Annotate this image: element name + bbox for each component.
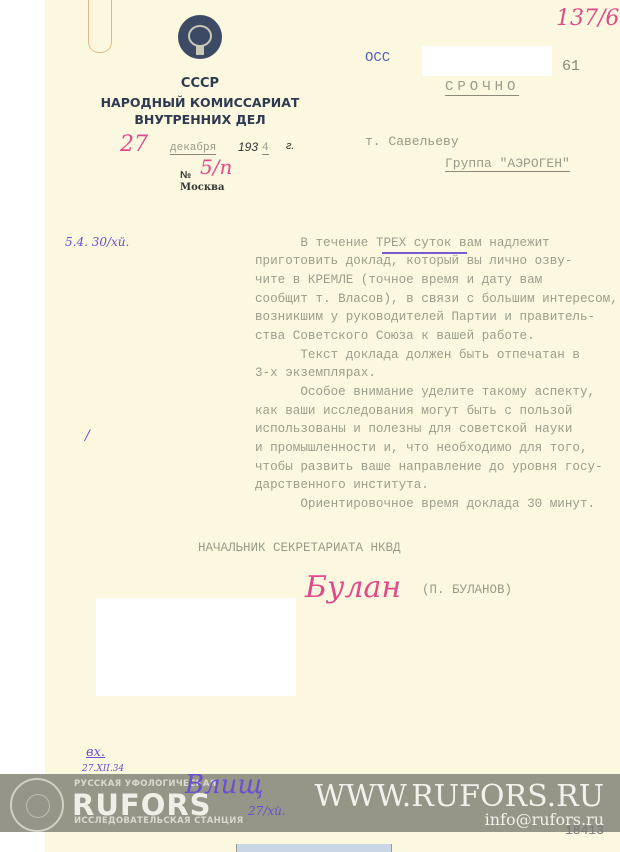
bottom-signature-date: 27/хй. bbox=[248, 804, 286, 818]
body-line: ства Советского Союза к вашей работе. bbox=[255, 329, 535, 343]
handwritten-signature: Булан bbox=[305, 570, 401, 605]
body-line: приготовить доклад, который вы лично озв… bbox=[255, 254, 572, 268]
bottom-handwritten-signature: Влищ bbox=[185, 770, 263, 800]
archive-number: 137/6 bbox=[556, 6, 619, 31]
rufors-logo-icon bbox=[10, 778, 64, 832]
body-line: сообщит т. Власов), в связи с большим ин… bbox=[255, 292, 618, 306]
body-line: В течение ТРЕХ суток вам надлежит bbox=[255, 236, 550, 250]
letterhead-country: СССР bbox=[150, 76, 250, 91]
date-month: декабря bbox=[170, 142, 216, 155]
date-day: 27 bbox=[120, 132, 148, 157]
document-number: 5/п bbox=[200, 155, 232, 179]
date-year-prefix: 193 bbox=[238, 140, 258, 154]
date-year-suffix: 4 bbox=[262, 142, 269, 155]
body-line: 3-х экземплярах. bbox=[255, 366, 376, 380]
body-line: возникшим у руководителей Партии и прави… bbox=[255, 310, 595, 324]
letterhead-ministry-line2: ВНУТРЕННИХ ДЕЛ bbox=[95, 112, 305, 127]
date-year-unit: г. bbox=[286, 140, 294, 152]
page-number: 61 bbox=[562, 58, 580, 75]
body-line: Особое внимание уделите такому аспекту, bbox=[255, 385, 595, 399]
number-label: № bbox=[180, 170, 191, 181]
redaction-box bbox=[422, 46, 552, 76]
body-line: чтобы развить ваше направление до уровня… bbox=[255, 460, 603, 474]
margin-note: 5.4. 30/хй. bbox=[65, 235, 129, 249]
incoming-note: вх. bbox=[86, 745, 105, 760]
watermark-subtitle-bottom: ИССЛЕДОВАТЕЛЬСКАЯ СТАНЦИЯ bbox=[74, 816, 244, 826]
body-line: использованы и полезны для советской нау… bbox=[255, 422, 572, 436]
emphasis-underline bbox=[382, 252, 467, 254]
ussr-emblem-icon bbox=[178, 15, 222, 59]
next-page-preview bbox=[236, 844, 392, 852]
body-line: дарственного института. bbox=[255, 478, 429, 492]
urgency-label: СРОЧНО bbox=[445, 79, 519, 96]
signatory-title: НАЧАЛЬНИК СЕКРЕТАРИАТА НКВД bbox=[198, 541, 401, 555]
body-line: Ориентировочное время доклада 30 минут. bbox=[255, 497, 595, 511]
recipient-group: Группа "АЭРОГЕН" bbox=[445, 156, 570, 172]
letterhead-ministry-line1: НАРОДНЫЙ КОМИССАРИАТ bbox=[95, 95, 305, 110]
paperclip-mark bbox=[88, 0, 112, 53]
recipient: т. Савельеву bbox=[365, 134, 459, 149]
body-line: чите в КРЕМЛЕ (точное время и дату вам bbox=[255, 273, 542, 287]
redaction-box bbox=[96, 598, 296, 696]
bottom-stamp-number: 18413 bbox=[565, 823, 604, 838]
body-line: Текст доклада должен быть отпечатан в bbox=[255, 348, 580, 362]
incoming-date: 27.XII.34 bbox=[82, 764, 124, 774]
body-line: и промышленности и, что необходимо для т… bbox=[255, 441, 588, 455]
body-line: как ваши исследования могут быть с польз… bbox=[255, 404, 572, 418]
city: Москва bbox=[180, 182, 224, 193]
check-mark: / bbox=[85, 428, 90, 444]
watermark-url: WWW.RUFORS.RU bbox=[314, 779, 604, 814]
signatory-name: (П. БУЛАНОВ) bbox=[422, 583, 512, 597]
stamp-code: ОСС bbox=[365, 50, 390, 66]
